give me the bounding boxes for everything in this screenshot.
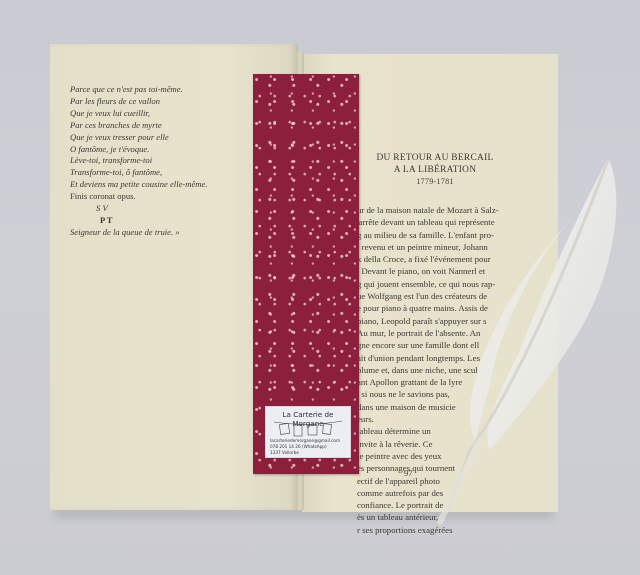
contact-email: lacarteriedemorgane@gmail.com bbox=[270, 438, 340, 443]
poem-line: Parce que ce n'est pas toi-même. bbox=[70, 84, 207, 96]
closing-line: Finis coronat opus. bbox=[70, 191, 207, 203]
feather-quill-icon bbox=[420, 150, 630, 530]
contact-address: 1337 Vallorbe bbox=[270, 450, 299, 455]
poem-line: Que je veux lui cueillir, bbox=[70, 108, 207, 120]
photo-scene: Parce que ce n'est pas toi-même. Par les… bbox=[0, 0, 640, 575]
poem-line: Par ces branches de myrte bbox=[70, 120, 207, 132]
contact-phone: 078 201 14 26 (WhatsApp) bbox=[270, 444, 327, 449]
poem-line: Et deviens ma petite cousine elle-même. bbox=[70, 179, 207, 191]
page-number: 97 bbox=[404, 468, 413, 480]
left-page-poem: Parce que ce n'est pas toi-même. Par les… bbox=[70, 84, 207, 239]
poem-line: Transforme-toi, ô fantôme, bbox=[70, 167, 207, 179]
signature-line: Seigneur de la queue de truie. » bbox=[70, 227, 207, 239]
poem-line: O fantôme, je t'évoque. bbox=[70, 144, 207, 156]
poem-line: Que je veux tresser pour elle bbox=[70, 132, 207, 144]
bookmark-label: La Carterie de Morgane lacarteriedemorga… bbox=[265, 406, 351, 458]
initials-line: S V bbox=[70, 203, 207, 215]
poem-line: Lève-toi, transforme-toi bbox=[70, 155, 207, 167]
initials-line: P T bbox=[70, 215, 207, 227]
floral-bookmark: La Carterie de Morgane lacarteriedemorga… bbox=[253, 74, 359, 474]
clothesline-icon bbox=[272, 419, 344, 437]
poem-line: Par les fleurs de ce vallon bbox=[70, 96, 207, 108]
